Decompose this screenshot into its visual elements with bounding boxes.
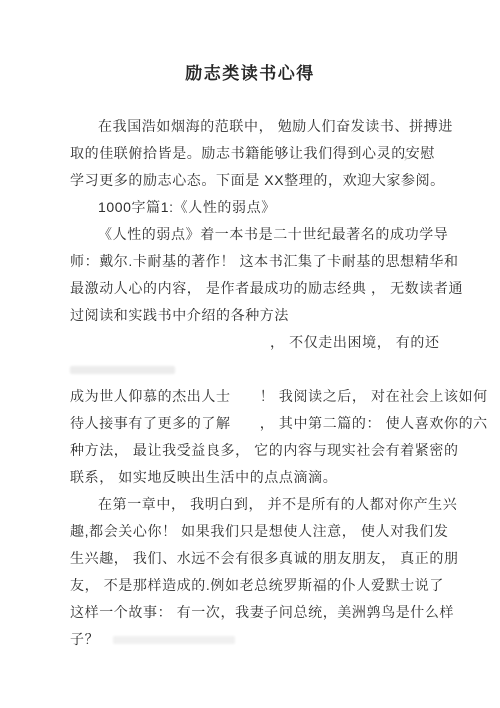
text-line: 待人接事有了更多的了解 ， 其中第二篇的： 使人喜欢你的六 — [70, 410, 442, 437]
text-line: 1000字篇1:《人性的弱点》 — [70, 194, 442, 221]
text-line: 师：戴尔.卡耐基的著作！ 这本书汇集了卡耐基的思想精华和 — [70, 248, 442, 275]
text-line: 趣,都会关心你！ 如果我们只是想使人注意， 使人对我们发 — [70, 518, 442, 545]
text-line-content: 学习更多的励志心态。下面是 XX整理的，欢迎大家参阅。 — [70, 172, 445, 188]
text-line-content: 种方法， 最让我受益良多， 它的内容与现实社会有着紧密的 — [70, 442, 459, 458]
text-line-content: 1000字篇1:《人性的弱点》 — [98, 199, 276, 215]
text-line-content: 师：戴尔.卡耐基的著作！ 这本书汇集了卡耐基的思想精华和 — [70, 253, 459, 269]
text-line-content: 友， 不是那样造成的.例如老总统罗斯福的仆人爱默士说了 — [70, 577, 444, 593]
text-line-content: 成为世人仰慕的杰出人士 ！ 我阅读之后， 对在社会上该如何 — [70, 388, 488, 404]
text-line: 子？ — [70, 626, 442, 653]
text-line: 过阅读和实践书中介绍的各种方法 — [70, 302, 442, 329]
document-body: 在我国浩如烟海的范联中， 勉励人们奋发读书、拼搏进取的佳联俯拾皆是。励志书籍能够… — [0, 113, 500, 653]
text-line-content: 待人接事有了更多的了解 ， 其中第二篇的： 使人喜欢你的六 — [70, 415, 488, 431]
text-line-content: 在第一章中， 我明白到， 并不是所有的人都对你产生兴 — [98, 496, 457, 512]
text-line: 生兴趣， 我们、水远不会有很多真诚的朋友朋友， 真正的朋 — [70, 545, 442, 572]
text-line-content: 这样一个故事： 有一次，我妻子问总统，美洲鹑鸟是什么样 — [70, 604, 454, 620]
ghost-text-artifact — [70, 366, 175, 374]
text-line-content: ， 不仅走出困境， 有的还 — [270, 334, 440, 350]
text-line: 友， 不是那样造成的.例如老总统罗斯福的仆人爱默士说了 — [70, 572, 442, 599]
text-line-content: 过阅读和实践书中介绍的各种方法 — [70, 307, 289, 323]
text-line: 最激动人心的内容， 是作者最成功的励志经典 ， 无数读者通 — [70, 275, 442, 302]
text-line: 成为世人仰慕的杰出人士 ！ 我阅读之后， 对在社会上该如何 — [70, 383, 442, 410]
text-line: 种方法， 最让我受益良多， 它的内容与现实社会有着紧密的 — [70, 437, 442, 464]
text-line-content: 取的佳联俯拾皆是。励志书籍能够让我们得到心灵的安慰 — [70, 145, 435, 161]
text-line-content: 生兴趣， 我们、水远不会有很多真诚的朋友朋友， 真正的朋 — [70, 550, 459, 566]
text-line: 学习更多的励志心态。下面是 XX整理的，欢迎大家参阅。 — [70, 167, 442, 194]
text-line-content: 联系， 如实地反映出生活中的点点滴滴。 — [70, 469, 337, 485]
ghost-text-artifact — [113, 636, 235, 644]
text-line — [70, 356, 442, 383]
text-line: ， 不仅走出困境， 有的还 — [70, 329, 442, 356]
text-line: 在第一章中， 我明白到， 并不是所有的人都对你产生兴 — [70, 491, 442, 518]
text-line-content: 最激动人心的内容， 是作者最成功的励志经典 ， 无数读者通 — [70, 280, 463, 296]
text-line-content: 子？ — [70, 631, 99, 647]
text-line: 取的佳联俯拾皆是。励志书籍能够让我们得到心灵的安慰， — [70, 140, 442, 167]
text-line: 联系， 如实地反映出生活中的点点滴滴。 — [70, 464, 442, 491]
text-line: 在我国浩如烟海的范联中， 勉励人们奋发读书、拼搏进 — [70, 113, 442, 140]
text-line-content: 在我国浩如烟海的范联中， 勉励人们奋发读书、拼搏进 — [98, 118, 453, 134]
document-title: 励志类读书心得 — [0, 0, 500, 86]
text-line-content: 趣,都会关心你！ 如果我们只是想使人注意， 使人对我们发 — [70, 523, 448, 539]
text-line-content: 《人性的弱点》着一本书是二十世纪最著名的成功学导 — [98, 226, 448, 242]
stray-comma: ， — [403, 140, 418, 167]
text-line: 《人性的弱点》着一本书是二十世纪最著名的成功学导 — [70, 221, 442, 248]
text-line: 这样一个故事： 有一次，我妻子问总统，美洲鹑鸟是什么样 — [70, 599, 442, 626]
document-page: 励志类读书心得 在我国浩如烟海的范联中， 勉励人们奋发读书、拼搏进取的佳联俯拾皆… — [0, 0, 500, 708]
